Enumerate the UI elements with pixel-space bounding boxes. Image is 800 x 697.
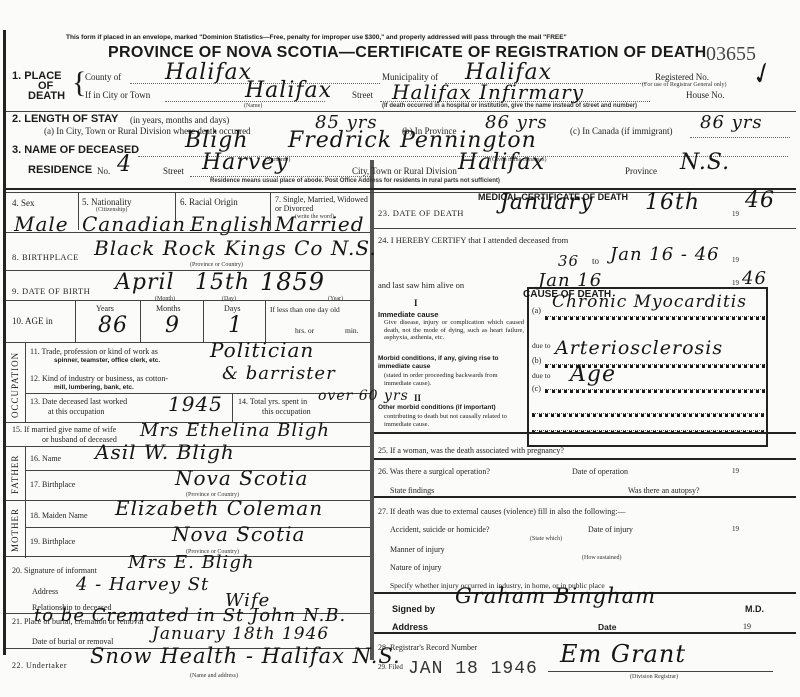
cause-c-line (545, 389, 765, 393)
last-saw-label: and last saw him alive on (378, 280, 464, 290)
residence-city-label: City, Town or Rural Division (352, 166, 457, 176)
cell-divider (25, 446, 26, 506)
divider (6, 111, 796, 112)
cause-b-value: Arteriosclerosis (555, 337, 723, 359)
q25-pregnancy: 25. If a woman, was the death associated… (378, 446, 564, 455)
cause-b-marker: (b) (532, 356, 541, 365)
mother-birthplace: Nova Scotia (172, 522, 305, 546)
informant-signature: Mrs E. Bligh (128, 552, 254, 573)
last-worked-value: 1945 (168, 392, 223, 416)
residence-city: Halifax (458, 150, 545, 175)
year-prefix: 19 (732, 210, 739, 218)
cell-divider (75, 300, 76, 342)
date-of-death-label: 23. DATE OF DEATH (378, 208, 464, 218)
min-label: min. (345, 326, 359, 335)
last-worked-sub: at this occupation (48, 407, 104, 416)
residence-province: N.S. (680, 150, 730, 175)
age-years: 86 (98, 313, 128, 338)
signature-year-prefix: 19 (743, 622, 751, 631)
divider (6, 300, 370, 301)
registrar-signature: Em Grant (560, 640, 686, 668)
dob-month: April (115, 270, 175, 295)
house-no-label: House No. (686, 90, 725, 100)
birthplace-value: Black Rock Kings Co N.S. (94, 236, 377, 260)
residence-street-label: Street (163, 166, 184, 176)
registrar-caption: (Division Registrar) (630, 674, 678, 680)
q26-surgery: 26. Was there a surgical operation? (378, 467, 490, 476)
birthplace-label: 8. BIRTHPLACE (12, 252, 79, 262)
cause-c-value: Age (570, 362, 616, 387)
total-years-sub: this occupation (262, 407, 311, 416)
mother-birthplace-label: 19. Birthplace (30, 537, 75, 546)
cell-divider (232, 393, 233, 423)
informant-address-label: Address (32, 587, 58, 596)
divider (374, 496, 796, 498)
informant-address: 4 - Harvey St (76, 574, 209, 595)
sex-label: 4. Sex (12, 198, 35, 208)
racial-origin-label: 6. Racial Origin (180, 197, 238, 207)
cell-divider (265, 300, 266, 342)
registrar-note: (For use of Registrar General only) (642, 82, 726, 88)
cell-divider (140, 300, 141, 342)
attended-to: Jan 16 - 46 (610, 244, 720, 265)
place-label-death: DEATH (28, 90, 65, 102)
father-name-label: 16. Name (30, 454, 61, 463)
name-caption: (Name) (244, 103, 262, 109)
roman-one: I (414, 298, 418, 308)
undertaker-caption: (Name and address) (190, 673, 238, 679)
trade-value: Politician (210, 338, 314, 362)
length-of-stay-label: 2. LENGTH OF STAY (12, 113, 118, 125)
date-of-death-year: 46 (745, 188, 775, 213)
registrar-record-label: 28. Registrar's Record Number (378, 643, 477, 652)
nationality-label: 5. Nationality (82, 197, 132, 207)
mother-maiden-label: 18. Maiden Name (30, 511, 88, 520)
cause-a-value: Chronic Myocarditis (552, 290, 752, 314)
days-label: Days (224, 304, 240, 313)
cell-divider (25, 500, 26, 558)
divider (374, 458, 796, 460)
dob-label: 9. DATE OF BIRTH (12, 286, 90, 296)
years-label: Years (96, 304, 114, 313)
month-caption: (Month) (155, 296, 175, 302)
residence-no: 4 (117, 152, 132, 177)
how-sustained-caption: (How sustained) (582, 555, 622, 561)
divider (6, 232, 370, 233)
residence-note: Residence means usual place of abode. Po… (210, 178, 500, 184)
immediate-cause-note: Give disease, injury or complication whi… (384, 319, 524, 342)
place-label: 1. PLACE (12, 70, 62, 82)
city-label: If in City or Town (85, 90, 150, 100)
age-days: 1 (228, 313, 243, 338)
to-label: to (592, 256, 599, 266)
year-prefix: 19 (732, 256, 739, 264)
morbid-conditions-label: Morbid conditions, if any, giving rise t… (378, 355, 523, 371)
county-label: County of (85, 72, 121, 82)
divider (6, 342, 370, 343)
mail-notice: This form if placed in an envelope, mark… (66, 34, 567, 41)
mother-side-label: MOTHER (10, 508, 20, 552)
last-saw-year: 46 (742, 268, 767, 289)
filed-date-stamp: JAN 18 1946 (408, 659, 538, 679)
spouse-value: Mrs Ethelina Bligh (140, 420, 330, 441)
physician-address-label: Address (392, 622, 428, 632)
q27-external-causes: 27. If death was due to external causes … (378, 507, 625, 516)
cell-divider (78, 192, 79, 230)
date-of-death-month: January (500, 190, 593, 215)
roman-two: II (414, 393, 421, 403)
residence-no-label: No. (97, 166, 110, 176)
operation-year-prefix: 19 (732, 467, 739, 475)
age-label: 10. AGE in (12, 316, 53, 326)
operation-date-label: Date of operation (572, 467, 628, 476)
center-divider (370, 160, 374, 660)
signed-by-label: Signed by (392, 604, 435, 614)
registrar-line (548, 671, 773, 672)
county-value: Halifax (165, 60, 252, 85)
day-caption: (Day) (222, 296, 236, 302)
autopsy-label: Was there an autopsy? (628, 486, 700, 495)
stay-canada-value: 86 yrs (700, 112, 763, 133)
cell-divider (203, 300, 204, 342)
total-years-label: 14. Total yrs. spent in (238, 397, 307, 406)
other-conditions-label: Other morbid conditions (if important) (378, 404, 496, 411)
other-conditions-note: contributing to death but not causally r… (384, 413, 524, 429)
cell-divider (25, 342, 26, 422)
certify-label: 24. I HEREBY CERTIFY that I attended dec… (378, 235, 568, 245)
attended-from: 36 (558, 252, 579, 270)
industry-sub: mill, lumbering, bank, etc. (54, 384, 134, 391)
manner-label: Manner of injury (390, 545, 445, 554)
marital-label: 7. Single, Married, Widowed or Divorced (275, 195, 370, 213)
death-certificate: This form if placed in an envelope, mark… (0, 0, 800, 697)
residence-label: RESIDENCE (28, 164, 92, 176)
state-which-caption: (State which) (530, 536, 562, 542)
md-label: M.D. (745, 604, 764, 614)
immediate-cause-label: Immediate cause (378, 310, 438, 319)
cause-a-line (545, 316, 765, 320)
burial-date: January 18th 1946 (152, 624, 329, 644)
less-than-day-label: If less than one day old (270, 305, 340, 314)
burial-place: to be Cremated in St John N.B. (34, 605, 346, 626)
dob-day: 15th (195, 270, 250, 295)
residence-street: Harvey (202, 150, 289, 175)
divider (374, 632, 796, 634)
trade-label: 11. Trade, profession or kind of work as (30, 347, 158, 356)
year-caption: (Year) (328, 296, 343, 302)
residence-province-label: Province (625, 166, 657, 176)
undertaker-value: Snow Health - Halifax N.S. (90, 644, 401, 668)
stay-canada-line (690, 137, 790, 138)
undertaker-label: 22. Undertaker (12, 661, 67, 670)
trade-sub: spinner, teamster, office clerk, etc. (54, 357, 160, 364)
last-worked-label: 13. Date deceased last worked (30, 397, 127, 406)
divider (374, 228, 796, 229)
stay-canada-label: (c) In Canada (if immigrant) (570, 126, 672, 136)
signature-date-label: Date (598, 622, 616, 632)
hrs-label: hrs. or (295, 326, 314, 335)
spouse-label: 15. If married give name of wife (12, 425, 116, 434)
cause-other-line (532, 413, 764, 417)
certificate-number: 03655 (706, 43, 756, 66)
year-prefix: 19 (732, 279, 739, 287)
father-birthplace-label: 17. Birthplace (30, 480, 75, 489)
morbid-conditions-note: (stated in order proceeding backwards fr… (384, 372, 524, 388)
state-findings-label: State findings (390, 486, 434, 495)
industry-value: & barrister (222, 363, 336, 384)
father-name: Asil W. Bligh (95, 440, 235, 464)
injury-year-prefix: 19 (732, 525, 739, 533)
father-birthplace: Nova Scotia (175, 466, 308, 490)
length-note: (in years, months and days) (130, 115, 229, 125)
due-to-label: due to (532, 341, 551, 350)
physician-signature: Graham Bingham (455, 584, 656, 608)
residence-street-line (190, 176, 370, 177)
registered-no-label: Registered No. (655, 72, 709, 82)
injury-date-label: Date of injury (588, 525, 633, 534)
dob-year: 1859 (260, 268, 325, 296)
filed-label: 29. Filed (378, 663, 403, 671)
cause-a-marker: (a) (532, 306, 541, 315)
cause-c-marker: (c) (532, 384, 541, 393)
father-side-label: FATHER (10, 455, 20, 494)
hospital-note: (If death occurred in a hospital or inst… (382, 103, 637, 109)
street-label: Street (352, 90, 373, 100)
street-value: Halifax Infirmary (392, 80, 584, 104)
due-to-label: due to (532, 371, 551, 380)
occupation-side-label: OCCUPATION (10, 352, 20, 418)
total-years-value: over 60 yrs (318, 388, 409, 404)
nature-label: Nature of injury (390, 563, 442, 572)
accident-label: Accident, suicide or homicide? (390, 525, 490, 534)
mother-maiden-name: Elizabeth Coleman (115, 496, 323, 520)
months-label: Months (156, 304, 180, 313)
divider (374, 432, 796, 434)
industry-label: 12. Kind of industry or business, as cot… (30, 374, 168, 383)
age-months: 9 (165, 313, 180, 338)
city-value: Halifax (245, 78, 332, 103)
birthplace-caption: (Province or Country) (190, 262, 243, 268)
date-of-death-day: 16th (645, 190, 700, 215)
